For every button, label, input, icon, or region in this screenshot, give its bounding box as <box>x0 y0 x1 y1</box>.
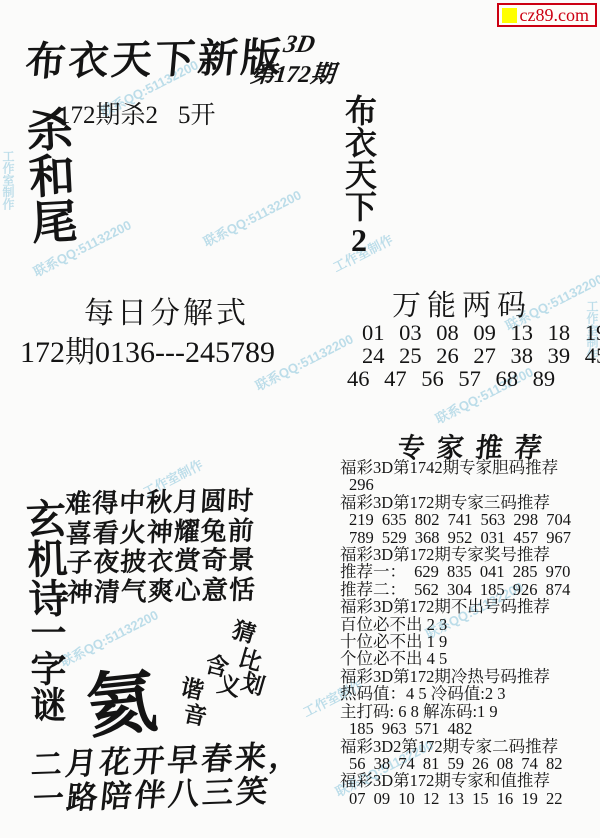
expert-line: 推荐二： 562 304 185 926 874 <box>340 581 598 598</box>
expert-recommendations: 福彩3D第1742期专家胆码推荐 296 福彩3D第172期专家三码推荐 219… <box>340 459 598 807</box>
poem-line: 神清气爽心意恬 <box>66 575 257 608</box>
expert-line: 福彩3D第172期专家和值推荐 <box>340 772 598 789</box>
expert-line: 福彩3D第172期专家三码推荐 <box>340 494 598 511</box>
watermark-text: 工作室制作 <box>0 150 17 210</box>
expert-line: 福彩3D第172期冷热号码推荐 <box>340 668 598 685</box>
label-one-char-riddle: 一字谜 <box>27 614 65 722</box>
riddle-character: 氦 <box>81 645 161 753</box>
site-badge[interactable]: cz89.com <box>497 3 597 27</box>
universal-two-codes-grid: 01 03 08 09 13 18 19? 24 25 26 27 38 39 … <box>342 321 598 390</box>
page-title: 布衣天下新版 <box>23 26 286 87</box>
mystery-poem: 难得中秋月圆时 喜看火神耀兔前 子夜披衣赏奇景 神清气爽心意恬 <box>65 486 256 607</box>
watermark-text: 联系QQ:51132200 <box>200 185 305 251</box>
poem-line: 难得中秋月圆时 <box>64 486 255 519</box>
expert-line: 185 963 571 482 <box>340 720 598 737</box>
issue-number-label: 第172期 <box>249 54 337 89</box>
expert-line: 福彩3D第172期专家奖号推荐 <box>340 546 598 563</box>
two-codes-row: 01 03 08 09 13 18 19? <box>342 321 598 344</box>
expert-line: 百位必不出 2 3 <box>340 616 598 633</box>
issue-open-text: 5开 <box>178 95 216 131</box>
expert-line: 福彩3D第1742期专家胆码推荐 <box>340 459 598 476</box>
two-codes-row: 24 25 26 27 38 39 45? <box>342 344 598 367</box>
expert-line: 热码值：4 5 冷码值:2 3 <box>340 685 598 702</box>
universal-two-codes-title: 万能两码 <box>392 283 532 324</box>
expert-line: 219 635 802 741 563 298 704 <box>340 511 598 528</box>
expert-line: 推荐一： 629 835 041 285 970 <box>340 563 598 580</box>
expert-line: 主打码: 6 8 解冻码:1 9 <box>340 703 598 720</box>
poem-line: 喜看火神耀兔前 <box>65 516 256 549</box>
page: 联系QQ:51132200 联系QQ:51132200 联系QQ:5113220… <box>0 0 600 838</box>
daily-decompose-title: 每日分解式 <box>84 288 249 332</box>
bottom-poem-line: 一路陪伴八三笑 <box>31 773 306 817</box>
two-codes-row: 46 47 56 57 68 89 <box>342 367 598 390</box>
expert-line: 福彩3D第172期不出号码推荐 <box>340 598 598 615</box>
expert-line: 个位必不出 4 5 <box>340 650 598 667</box>
expert-line: 789 529 368 952 031 457 967 <box>340 529 598 546</box>
label-mystery-poem: 玄机诗 <box>22 497 67 618</box>
site-badge-label: cz89.com <box>520 5 589 26</box>
badge-square-icon <box>502 8 517 23</box>
expert-line: 296 <box>340 476 598 493</box>
label-kill-sum-tail: 杀和尾 <box>14 105 81 246</box>
label-buyi-tianxia-2: 布衣天下2 <box>342 94 376 258</box>
daily-decompose-formula: 172期0136---245789 <box>20 327 275 371</box>
expert-line: 十位必不出 1 9 <box>340 633 598 650</box>
bottom-poem: 二月花开早春来， 一路陪伴八三笑 <box>31 739 305 816</box>
expert-line: 56 38 74 81 59 26 08 74 82 <box>340 755 598 772</box>
expert-line: 福彩3D2第172期专家二码推荐 <box>340 738 598 755</box>
poem-line: 子夜披衣赏奇景 <box>65 545 256 578</box>
expert-line: 07 09 10 12 13 15 16 19 22 <box>340 790 598 807</box>
